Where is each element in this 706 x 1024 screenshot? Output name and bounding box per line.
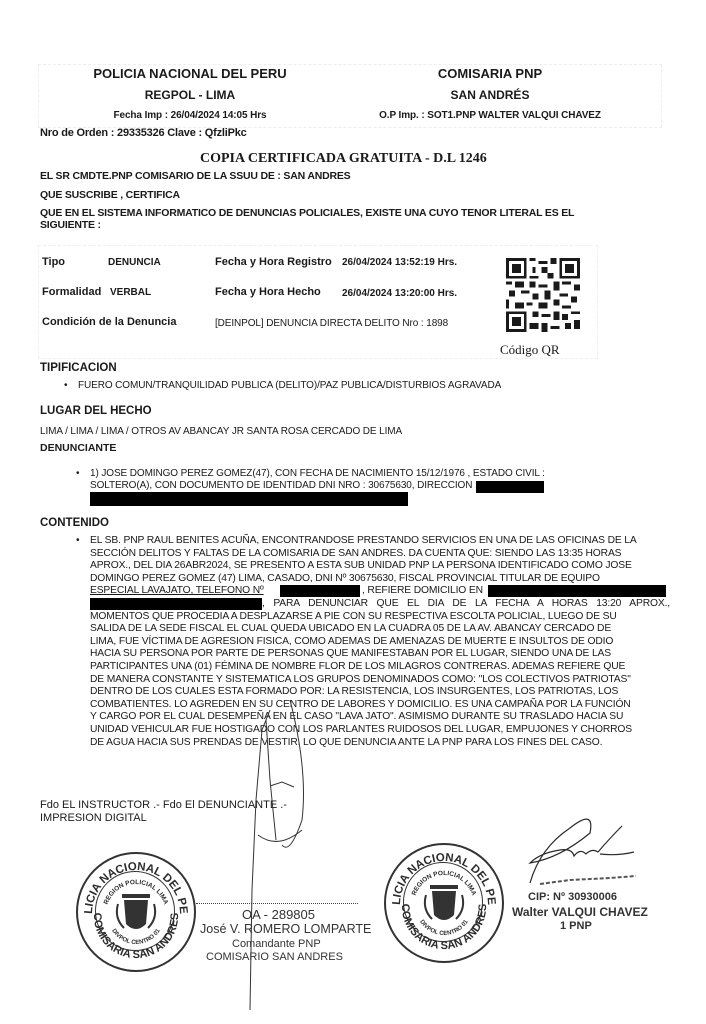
contenido-line: DE MANERA CONSTANTE Y SISTEMATICA LOS GR… bbox=[90, 674, 670, 687]
contenido-line: SECCIÓN DELITOS Y FALTAS DE LA COMISARIA… bbox=[90, 548, 670, 561]
redaction-address-2 bbox=[90, 492, 408, 506]
contenido-text: , REFIERE DOMICILIO EN bbox=[362, 585, 483, 598]
contenido-line: MOMENTOS QUE PROCEDIA A DESPLAZARSE A PI… bbox=[90, 611, 670, 624]
redaction-domicile-1 bbox=[488, 585, 666, 597]
contenido-line: UNIDAD VEHICULAR FUE HOSTIGADO CON LOS P… bbox=[90, 724, 670, 737]
contenido-line-phone: ESPECIAL LAVAJATO, TELEFONO Nº , REFIERE… bbox=[90, 585, 670, 598]
qr-caption: Código QR bbox=[500, 342, 560, 358]
coat-of-arms-icon bbox=[117, 894, 155, 929]
preamble-line-4: SIGUIENTE : bbox=[40, 219, 101, 231]
hecho-value: 26/04/2024 13:20:00 Hrs. bbox=[342, 288, 457, 299]
svg-text:DIVPOL CENTRO 01: DIVPOL CENTRO 01 bbox=[418, 919, 470, 938]
signer-left-rank: Comandante PNP bbox=[232, 938, 321, 950]
denunciante-line-1: 1) JOSE DOMINGO PEREZ GOMEZ(47), CON FEC… bbox=[90, 468, 545, 479]
tipificacion-heading: TIPIFICACION bbox=[40, 362, 117, 374]
header-district: SAN ANDRÉS bbox=[360, 88, 620, 102]
official-stamp-right: POLICIA NACIONAL DEL PERU COMISARIA SAN … bbox=[384, 843, 504, 963]
signer-right-rank: 1 PNP bbox=[560, 920, 592, 932]
header-operator: O.P Imp. : SOT1.PNP WALTER VALQUI CHAVEZ bbox=[345, 110, 635, 121]
contenido-line: COMBATIENTES. LO AGREDEN EN SU CENTRO DE… bbox=[90, 699, 670, 712]
digital-print-label: IMPRESION DIGITAL bbox=[40, 812, 147, 824]
redaction-domicile-2 bbox=[90, 598, 262, 610]
tipo-value: DENUNCIA bbox=[108, 257, 161, 268]
signer-left-code: OA - 289805 bbox=[242, 907, 315, 922]
contenido-line: PARTICIPANTES UNA (01) FÉMINA DE NOMBRE … bbox=[90, 661, 670, 674]
hecho-label: Fecha y Hora Hecho bbox=[215, 286, 321, 298]
contenido-line: DE AGUA HACIA SUS PRENDAS DE VESTIR. LO … bbox=[90, 737, 670, 750]
denunciante-line-2: SOLTERO(A), CON DOCUMENTO DE IDENTIDAD D… bbox=[90, 480, 478, 491]
order-number: Nro de Orden : 29335326 Clave : QfzliPkc bbox=[40, 127, 247, 139]
contenido-body: EL SB. PNP RAUL BENITES ACUÑA, ENCONTRAN… bbox=[90, 535, 670, 749]
tipificacion-item: FUERO COMUN/TRANQUILIDAD PUBLICA (DELITO… bbox=[78, 380, 501, 391]
lugar-value: LIMA / LIMA / LIMA / OTROS AV ABANCAY JR… bbox=[40, 426, 402, 437]
signer-left-role: COMISARIO SAN ANDRES bbox=[206, 951, 343, 963]
signer-right-cip: CIP: Nº 30930006 bbox=[528, 891, 617, 903]
registro-value: 26/04/2024 13:52:19 Hrs. bbox=[342, 257, 457, 268]
contenido-line: HACIA SU PERSONA POR PARTE DE PERSONAS Q… bbox=[90, 648, 670, 661]
condicion-value: [DEINPOL] DENUNCIA DIRECTA DELITO Nro : … bbox=[215, 318, 448, 329]
signer-left-name: José V. ROMERO LOMPARTE bbox=[200, 922, 371, 936]
formalidad-label: Formalidad bbox=[42, 286, 101, 298]
preamble-line-2: QUE SUSCRIBE , CERTIFICA bbox=[40, 189, 180, 201]
formalidad-value: VERBAL bbox=[110, 287, 151, 298]
document-title: COPIA CERTIFICADA GRATUITA - D.L 1246 bbox=[200, 151, 487, 167]
header-office: COMISARIA PNP bbox=[360, 66, 620, 81]
coat-of-arms-icon bbox=[425, 885, 463, 920]
registro-label: Fecha y Hora Registro bbox=[215, 256, 332, 268]
denunciante-heading: DENUNCIANTE bbox=[40, 442, 116, 454]
qr-code-icon bbox=[506, 258, 580, 332]
contenido-line: SALIDA DE LA SEDE FISCAL EL CUAL QUEDA U… bbox=[90, 623, 670, 636]
preamble-line-1: EL SR CMDTE.PNP COMISARIO DE LA SSUU DE … bbox=[40, 170, 350, 182]
header-org: POLICIA NACIONAL DEL PERU bbox=[60, 66, 320, 81]
lugar-heading: LUGAR DEL HECHO bbox=[40, 405, 152, 417]
redaction-phone bbox=[280, 585, 360, 597]
header-print-date: Fecha Imp : 26/04/2024 14:05 Hrs bbox=[60, 110, 320, 121]
contenido-line: APROX., DEL DIA 26ABR2024, SE PRESENTO A… bbox=[90, 560, 670, 573]
header-region: REGPOL - LIMA bbox=[60, 88, 320, 102]
preamble-line-3: QUE EN EL SISTEMA INFORMATICO DE DENUNCI… bbox=[40, 207, 574, 219]
official-stamp-left: POLICIA NACIONAL DEL PERU COMISARIA SAN … bbox=[76, 852, 196, 972]
contenido-text: , PARA DENUNCIAR QUE EL DIA DE LA FECHA … bbox=[262, 598, 670, 611]
contenido-line: EL SB. PNP RAUL BENITES ACUÑA, ENCONTRAN… bbox=[90, 535, 670, 548]
contenido-line: LIMA, FUE VÍCTIMA DE AGRESION FISICA, CO… bbox=[90, 636, 670, 649]
contenido-heading: CONTENIDO bbox=[40, 517, 109, 529]
tipo-label: Tipo bbox=[42, 256, 65, 268]
signer-right-name: Walter VALQUI CHAVEZ bbox=[512, 905, 648, 919]
condicion-label: Condición de la Denuncia bbox=[42, 316, 176, 328]
stamp-right-inner-bottom: DIVPOL CENTRO 01 bbox=[418, 919, 470, 938]
contenido-line-denounce: , PARA DENUNCIAR QUE EL DIA DE LA FECHA … bbox=[90, 598, 670, 611]
contenido-line: Y CARGO POR EL CUAL DESEMPEÑA EN EL CASO… bbox=[90, 711, 670, 724]
handwritten-signature-right bbox=[500, 808, 640, 888]
svg-text:DIVPOL CENTRO 01: DIVPOL CENTRO 01 bbox=[110, 928, 162, 947]
signature-dotted-line-left bbox=[196, 903, 358, 904]
contenido-line: DOMINGO PEREZ GOMEZ (47) LIMA, CASADO, D… bbox=[90, 573, 670, 586]
contenido-line: DENTRO DE LOS CUALES ESTA FORMADO POR: L… bbox=[90, 686, 670, 699]
contenido-text: ESPECIAL LAVAJATO, TELEFONO Nº bbox=[90, 585, 264, 598]
redaction-address-1 bbox=[476, 481, 544, 493]
stamp-left-inner-bottom: DIVPOL CENTRO 01 bbox=[110, 928, 162, 947]
